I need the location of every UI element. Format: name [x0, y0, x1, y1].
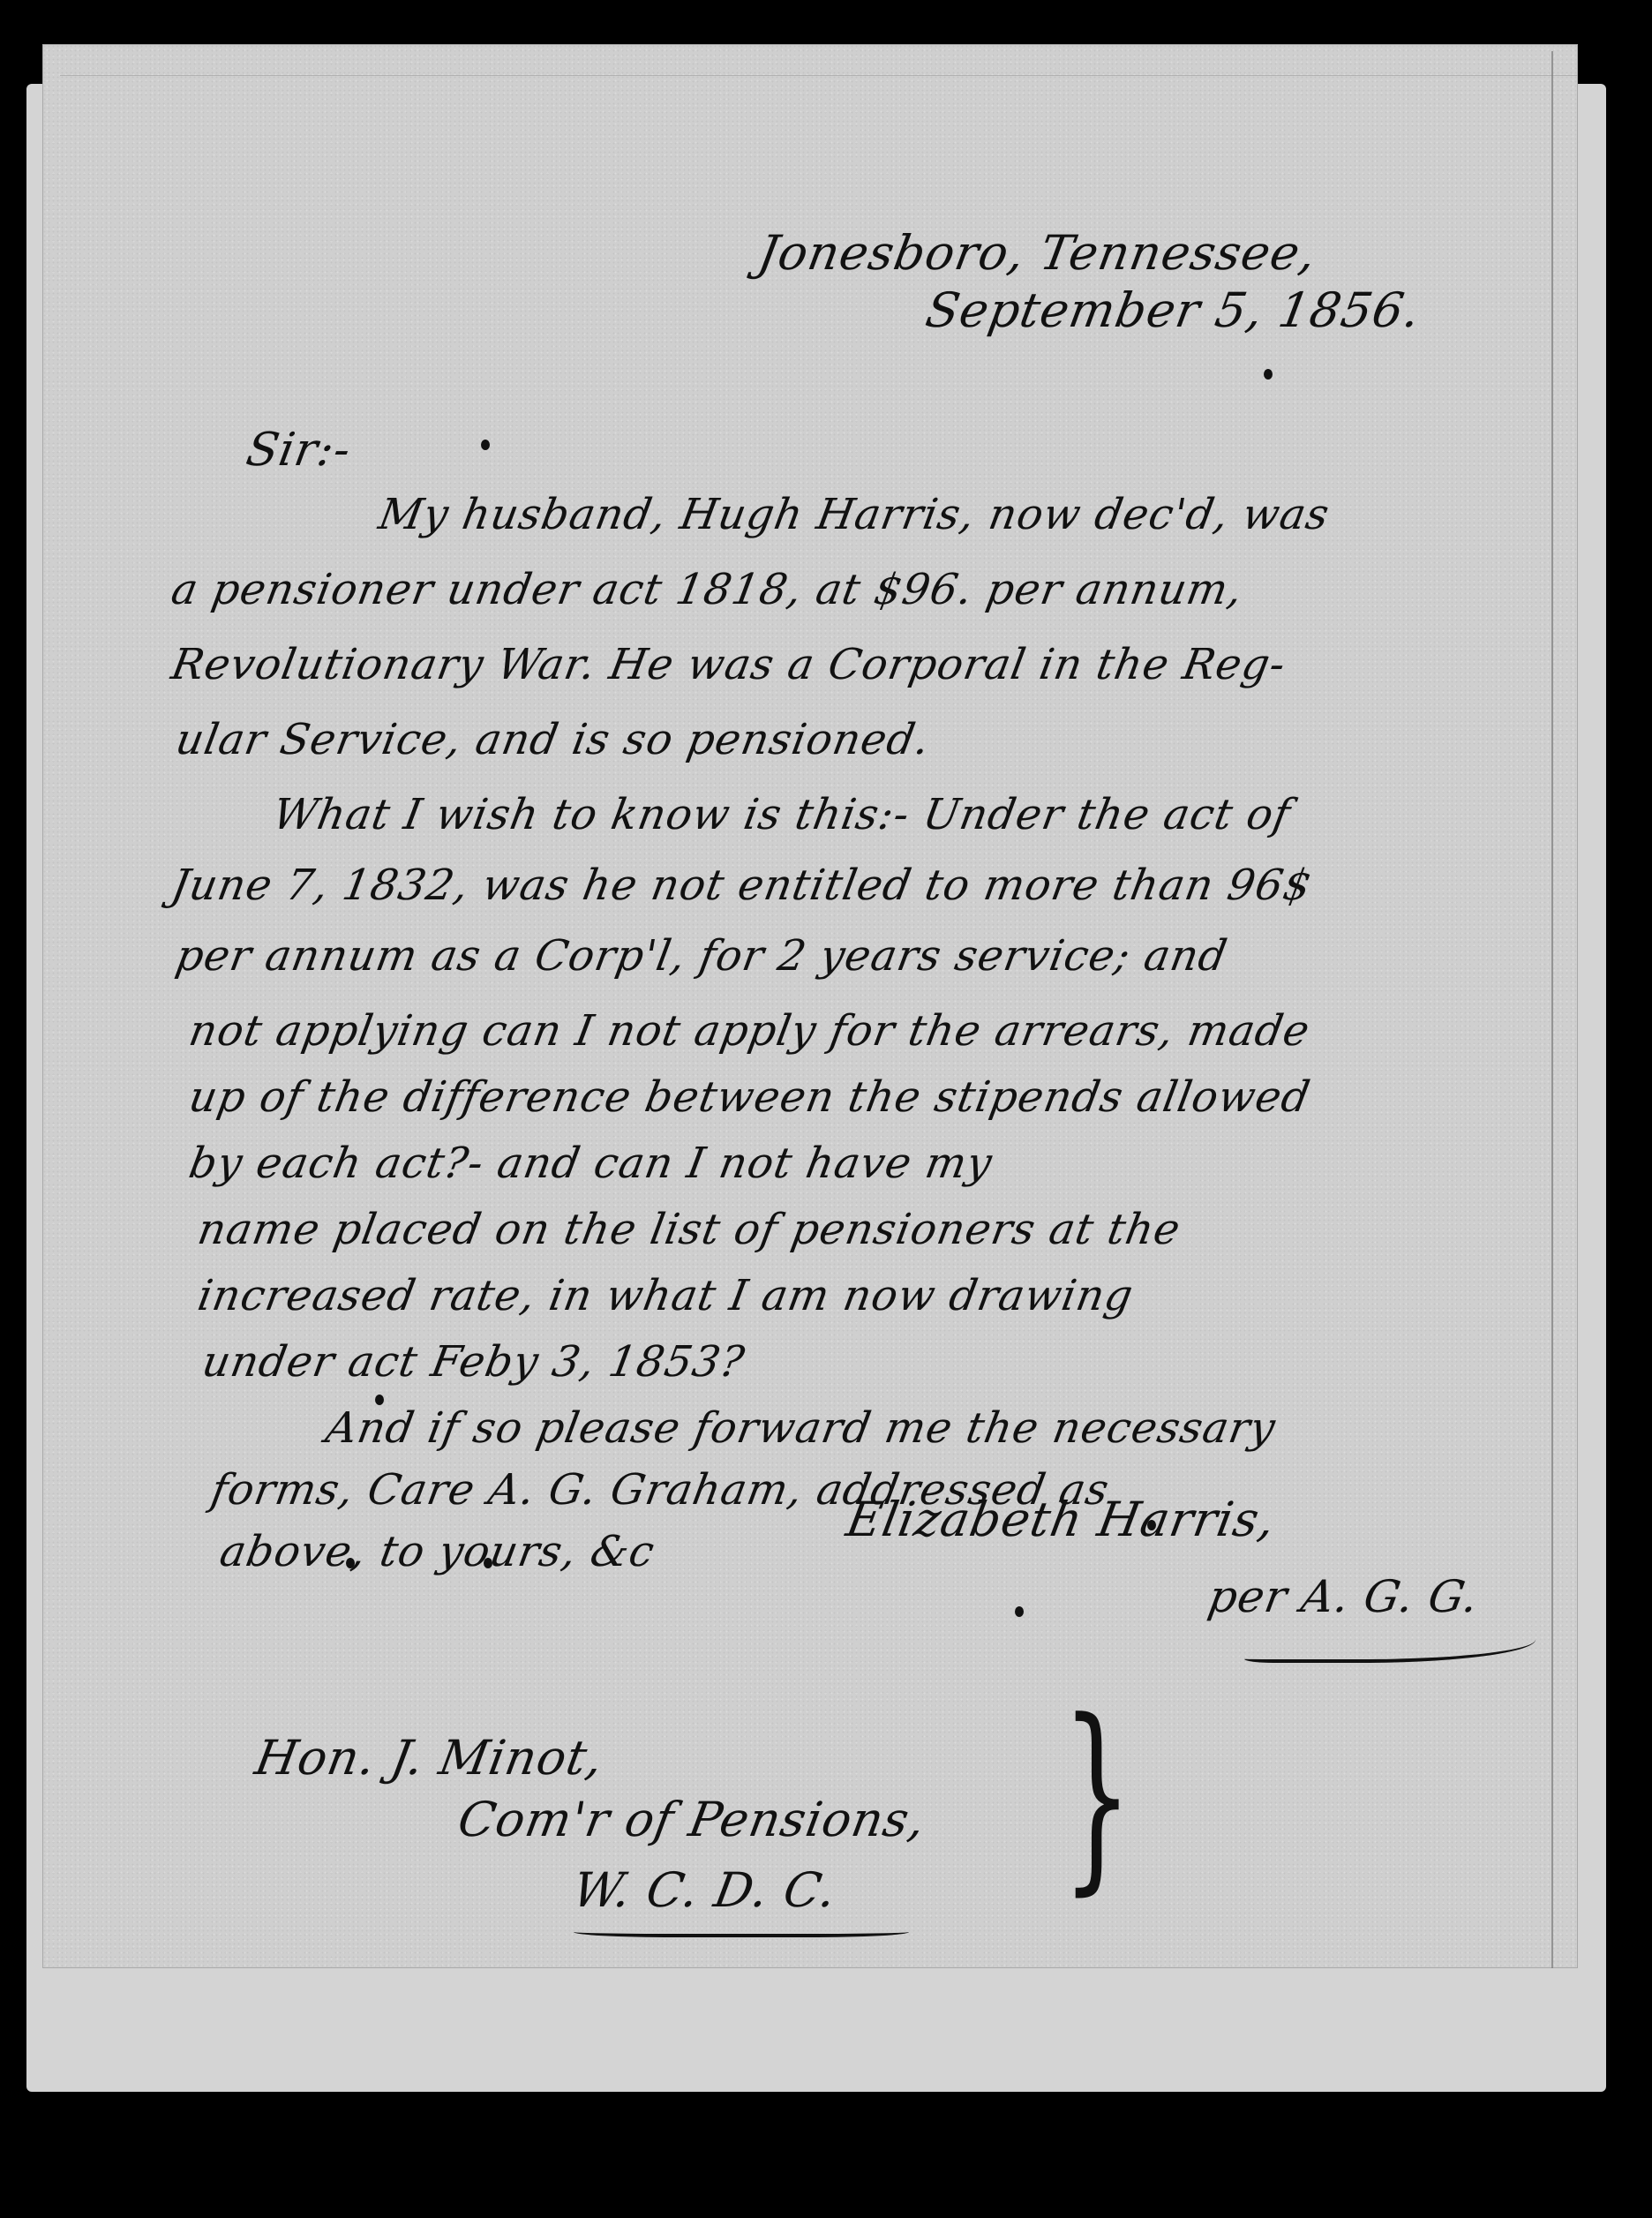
ink-spot [481, 440, 490, 450]
body-line: not applying can I not apply for the arr… [185, 1006, 1314, 1056]
ink-spot [375, 1395, 384, 1405]
salutation: Sir:- [243, 424, 356, 477]
body-line: above, to yours, &c [216, 1527, 658, 1576]
addressee-title: Com'r of Pensions, [454, 1792, 929, 1847]
body-line: Revolutionary War. He was a Corporal in … [168, 640, 1289, 689]
ink-spot [1264, 369, 1273, 380]
paper-edge [1551, 51, 1553, 1968]
body-line: What I wish to know is this:- Under the … [269, 790, 1295, 839]
addressee-name: Hon. J. Minot, [251, 1730, 607, 1786]
body-line: under act Feby 3, 1853? [199, 1337, 748, 1387]
body-line: per annum as a Corp'l, for 2 years servi… [172, 931, 1231, 981]
ink-spot [1015, 1606, 1024, 1617]
paper-fold-line [60, 75, 1578, 76]
ink-spot [346, 1558, 355, 1568]
ink-spot [1147, 1520, 1156, 1530]
letter-place: Jonesboro, Tennessee, [754, 225, 1320, 281]
signature-name: Elizabeth Harris, [842, 1492, 1280, 1547]
letter-date: September 5, 1856. [921, 282, 1424, 338]
addressee-flourish [574, 1920, 909, 1937]
body-line: a pensioner under act 1818, at $96. per … [168, 565, 1247, 614]
body-line-text: Revolutionary War. He was a Corporal in … [168, 640, 1289, 689]
body-line: ular Service, and is so pensioned. [172, 715, 934, 764]
body-line: by each act?- and can I not have my [185, 1139, 996, 1188]
brace-mark: } [1062, 1695, 1132, 1898]
signature-per: per A. G. G. [1205, 1571, 1483, 1622]
body-line: June 7, 1832, was he not entitled to mor… [168, 861, 1316, 910]
body-line: My husband, Hugh Harris, now dec'd, was [375, 490, 1333, 539]
body-line: increased rate, in what I am now drawing [194, 1271, 1138, 1320]
body-line: name placed on the list of pensioners at… [194, 1205, 1184, 1254]
body-line: up of the difference between the stipend… [185, 1072, 1314, 1122]
ink-spot [484, 1558, 492, 1568]
body-line: And if so please forward me the necessar… [322, 1403, 1280, 1453]
addressee-location: W. C. D. C. [568, 1862, 840, 1918]
